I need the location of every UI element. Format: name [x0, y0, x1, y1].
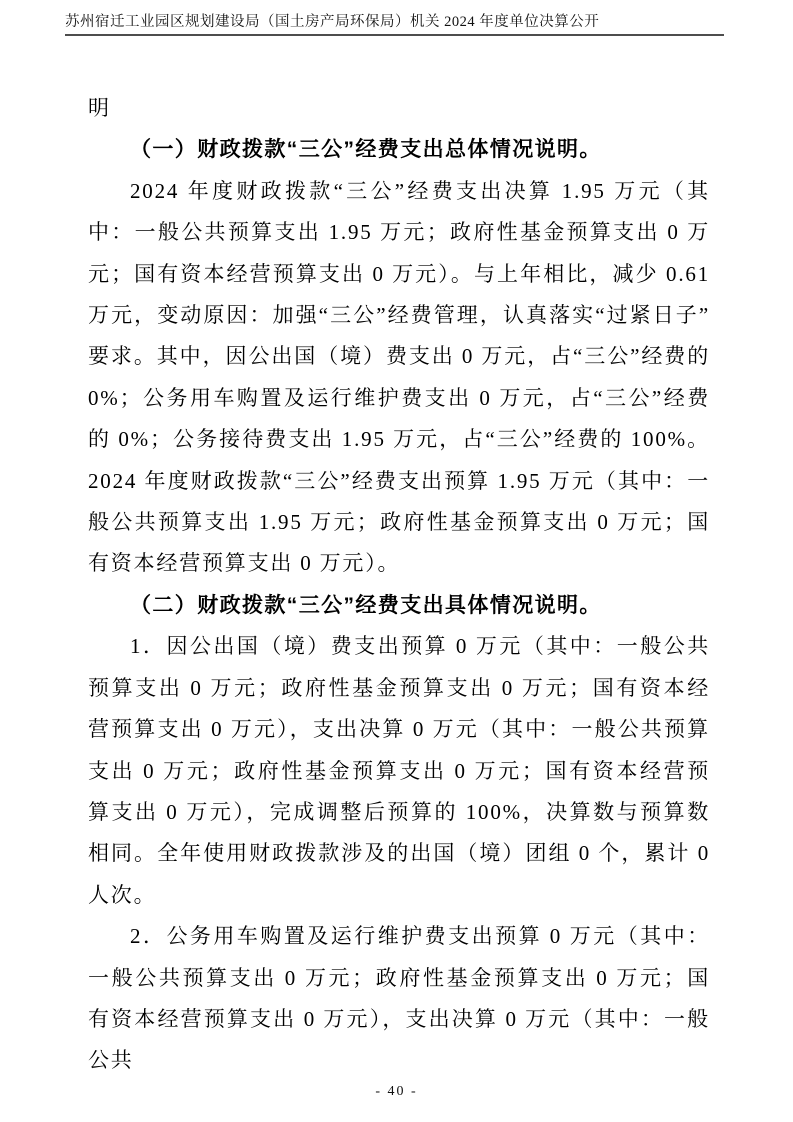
section-1-heading: （一）财政拨款“三公”经费支出总体情况说明。 — [88, 129, 710, 170]
continuation-text: 明 — [88, 88, 710, 129]
document-body: 明 （一）财政拨款“三公”经费支出总体情况说明。 2024 年度财政拨款“三公”… — [88, 88, 710, 1082]
page-footer: - 40 - — [0, 1082, 793, 1100]
section-2-heading: （二）财政拨款“三公”经费支出具体情况说明。 — [88, 585, 710, 626]
section-1-paragraph-1: 2024 年度财政拨款“三公”经费支出决算 1.95 万元（其中：一般公共预算支… — [88, 171, 710, 585]
page-header: 苏州宿迁工业园区规划建设局（国土房产局环保局）机关 2024 年度单位决算公开 — [65, 14, 724, 36]
document-page: 苏州宿迁工业园区规划建设局（国土房产局环保局）机关 2024 年度单位决算公开 … — [0, 0, 793, 1122]
page-number: - 40 - — [375, 1084, 417, 1099]
header-title: 苏州宿迁工业园区规划建设局（国土房产局环保局）机关 2024 年度单位决算公开 — [65, 14, 724, 31]
section-2-paragraph-2: 2．公务用车购置及运行维护费支出预算 0 万元（其中：一般公共预算支出 0 万元… — [88, 916, 710, 1082]
section-2-paragraph-1: 1．因公出国（境）费支出预算 0 万元（其中：一般公共预算支出 0 万元；政府性… — [88, 626, 710, 916]
